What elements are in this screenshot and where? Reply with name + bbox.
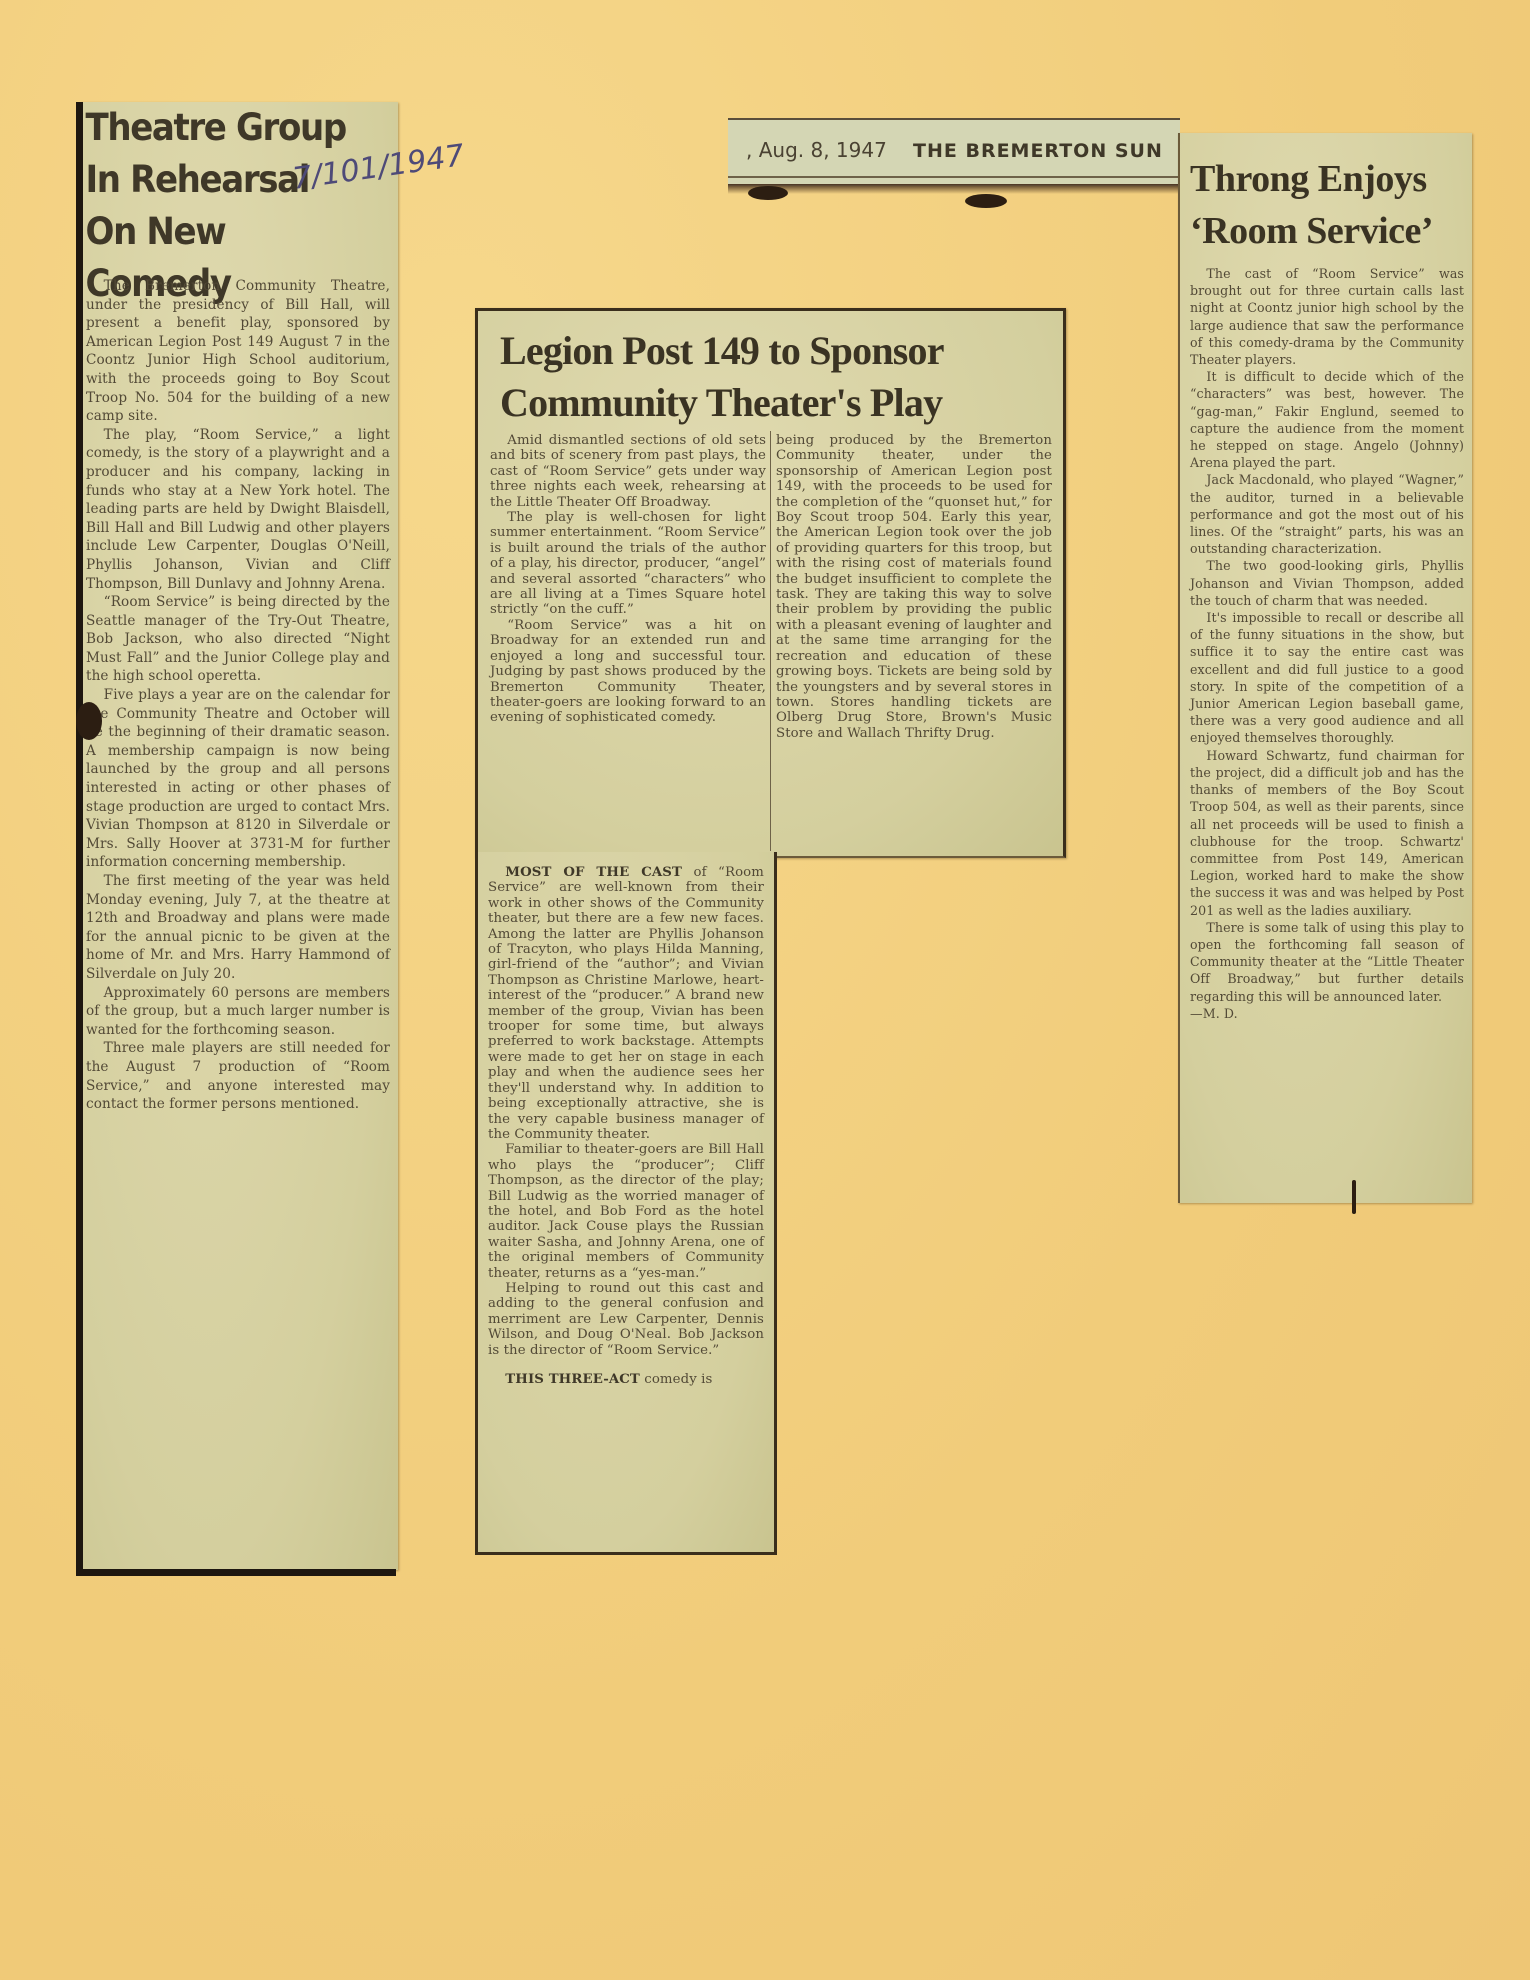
paragraph: Approximately 60 persons are members of … [86,984,390,1040]
paragraph: comedy is [644,1372,712,1387]
paragraph: Amid dismantled sections of old sets and… [490,433,766,510]
paragraph: being produced by the Bremerton Communit… [776,433,1052,741]
tear-mark [1352,1180,1356,1214]
section-lead: MOST OF THE CAST [505,865,682,880]
paragraph: The play, “Room Service,” a light comedy… [86,426,390,593]
paragraph: Howard Schwartz, fund chairman for the p… [1190,747,1464,919]
paragraph: Familiar to theater-goers are Bill Hall … [488,1142,764,1281]
clipping-legion-post: Legion Post 149 to Sponsor Community The… [475,308,1066,858]
byline: —M. D. [1190,1005,1464,1022]
paragraph: The two good-looking girls, Phyllis Joha… [1190,557,1464,609]
paragraph: The cast of “Room Service” was brought o… [1190,265,1464,368]
paragraph: There is some talk of using this play to… [1190,919,1464,1005]
publication-date: , Aug. 8, 1947 [746,138,887,162]
article-column-2: being produced by the Bremerton Communit… [776,433,1052,741]
paragraph: of “Room Service” are well-known from th… [488,865,764,1142]
headline-line: ‘Room Service’ [1190,205,1433,257]
headline-throng-enjoys: Throng Enjoys ‘Room Service’ [1190,153,1433,257]
headline-legion-post: Legion Post 149 to Sponsor Community The… [500,325,944,429]
article-column-1-continued: MOST OF THE CAST of “Room Service” are w… [488,857,764,1387]
burn-stain [748,186,788,200]
clipping-legion-post-continued: MOST OF THE CAST of “Room Service” are w… [475,852,777,1555]
scrapbook-page: { "clippings": [ { "id": "theatre-group"… [0,0,1530,1980]
paragraph: Helping to round out this cast and addin… [488,1281,764,1358]
paragraph: It's impossible to recall or describe al… [1190,609,1464,747]
article-body: The cast of “Room Service” was brought o… [1190,265,1464,1022]
newspaper-masthead: , Aug. 8, 1947 THE BREMERTON SUN [728,118,1180,186]
clipping-throng-enjoys: Throng Enjoys ‘Room Service’ The cast of… [1178,133,1472,1203]
paragraph: The Bremerton Community Theatre, under t… [86,277,390,426]
paragraph: Five plays a year are on the calendar fo… [86,686,390,872]
headline-line: Throng Enjoys [1190,153,1433,205]
burn-stain [965,194,1007,208]
tear-mark [76,702,102,740]
paragraph: Jack Macdonald, who played “Wagner,” the… [1190,471,1464,557]
paragraph: Three male players are still needed for … [86,1039,390,1113]
clipping-theatre-group: Theatre Group In Rehearsal On New Comedy… [80,102,398,1570]
masthead-rule [728,176,1180,178]
paragraph: The play is well-chosen for light summer… [490,510,766,618]
paragraph: “Room Service” was a hit on Broadway for… [490,618,766,726]
headline-line: Legion Post 149 to Sponsor [500,325,944,377]
paragraph: The first meeting of the year was held M… [86,872,390,984]
article-body: The Bremerton Community Theatre, under t… [86,277,390,1114]
section-lead: THIS THREE-ACT [505,1372,640,1387]
headline-line: Theatre Group [86,102,373,154]
newspaper-name: THE BREMERTON SUN [913,140,1163,162]
paragraph: It is difficult to decide which of the “… [1190,368,1464,471]
article-column-1: Amid dismantled sections of old sets and… [490,433,766,726]
paragraph: “Room Service” is being directed by the … [86,593,390,686]
column-rule [770,431,771,851]
headline-line: Community Theater's Play [500,377,944,429]
